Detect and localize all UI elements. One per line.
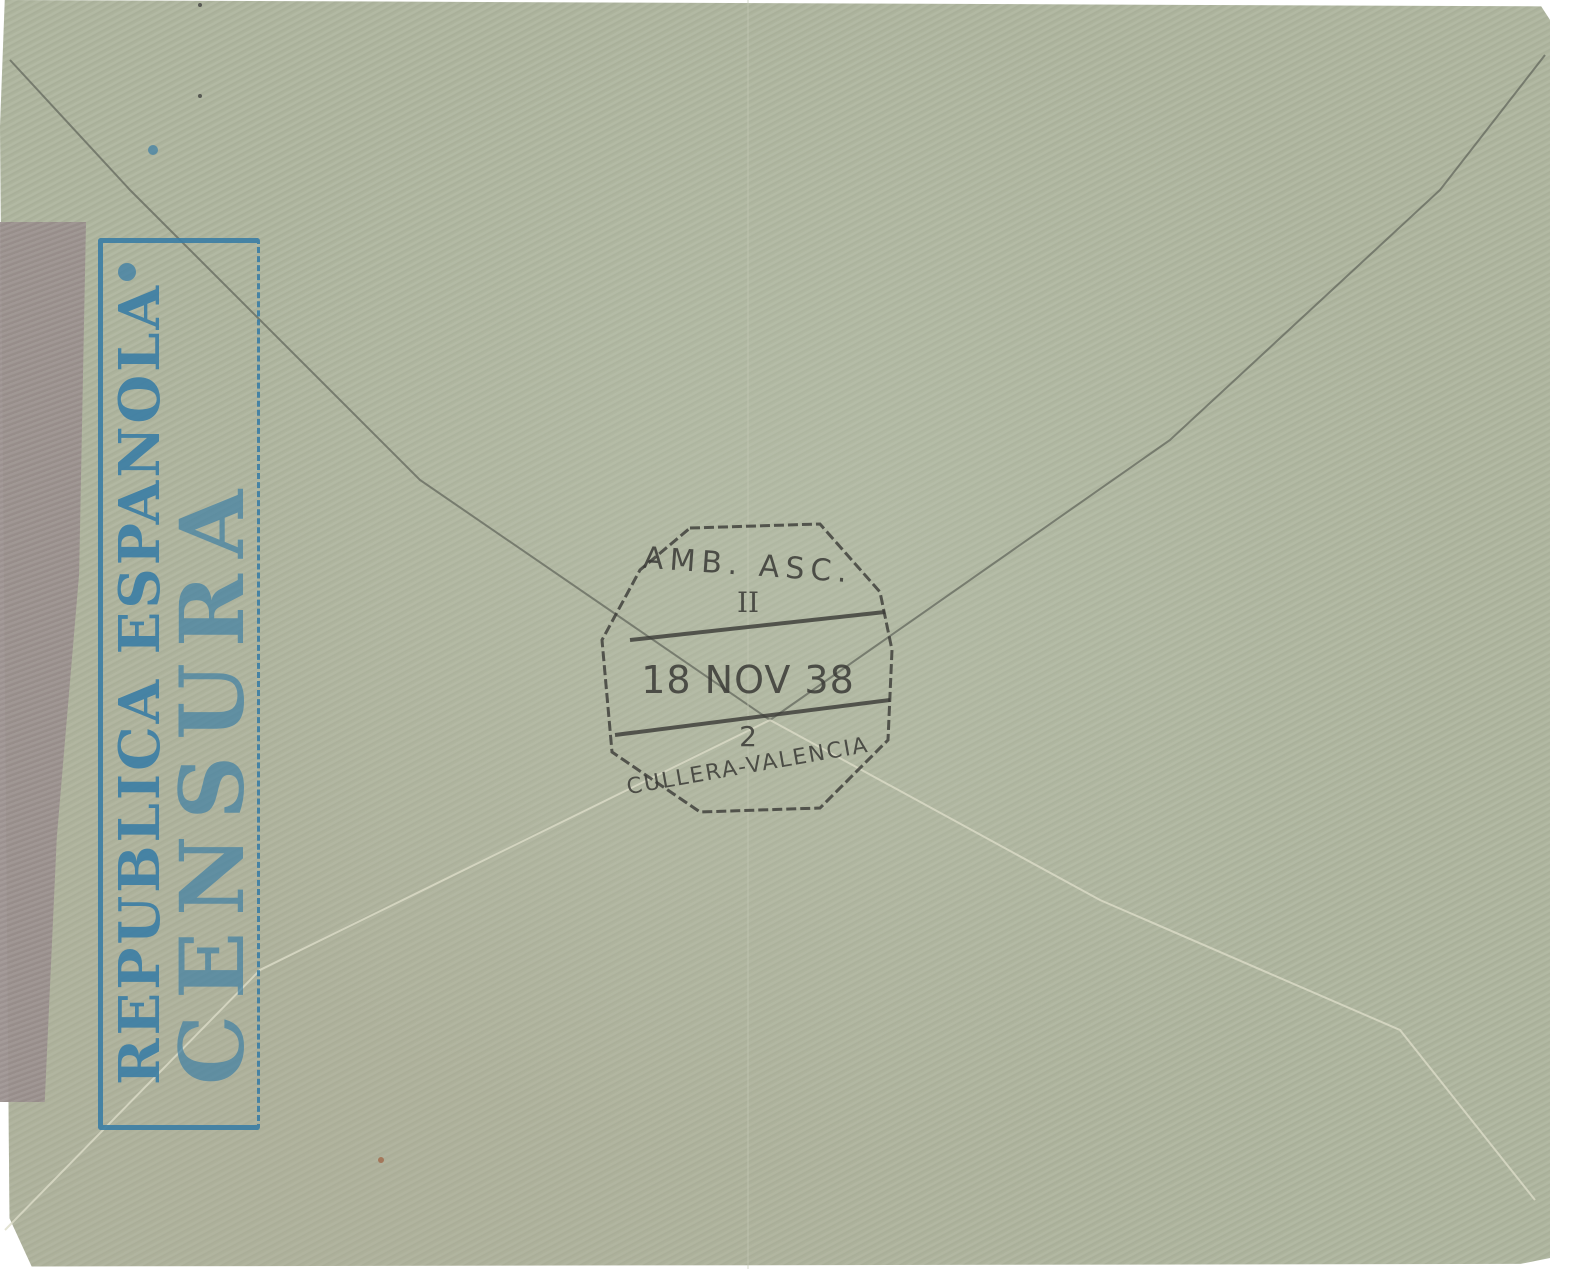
- censor-handstamp: REPUBLICA ESPANOLA CENSURA: [98, 238, 260, 1130]
- postmark: AMB. ASC. II 18 NOV 38 2 CULLERA-VALENCI…: [600, 520, 896, 816]
- censor-line-censura: CENSURA: [172, 283, 252, 1085]
- postmark-roman-numeral: II: [600, 586, 896, 619]
- postmark-date: 18 NOV 38: [600, 658, 896, 702]
- postmark-top-text: AMB. ASC.: [599, 538, 897, 594]
- censor-text-block: REPUBLICA ESPANOLA CENSURA: [108, 283, 252, 1085]
